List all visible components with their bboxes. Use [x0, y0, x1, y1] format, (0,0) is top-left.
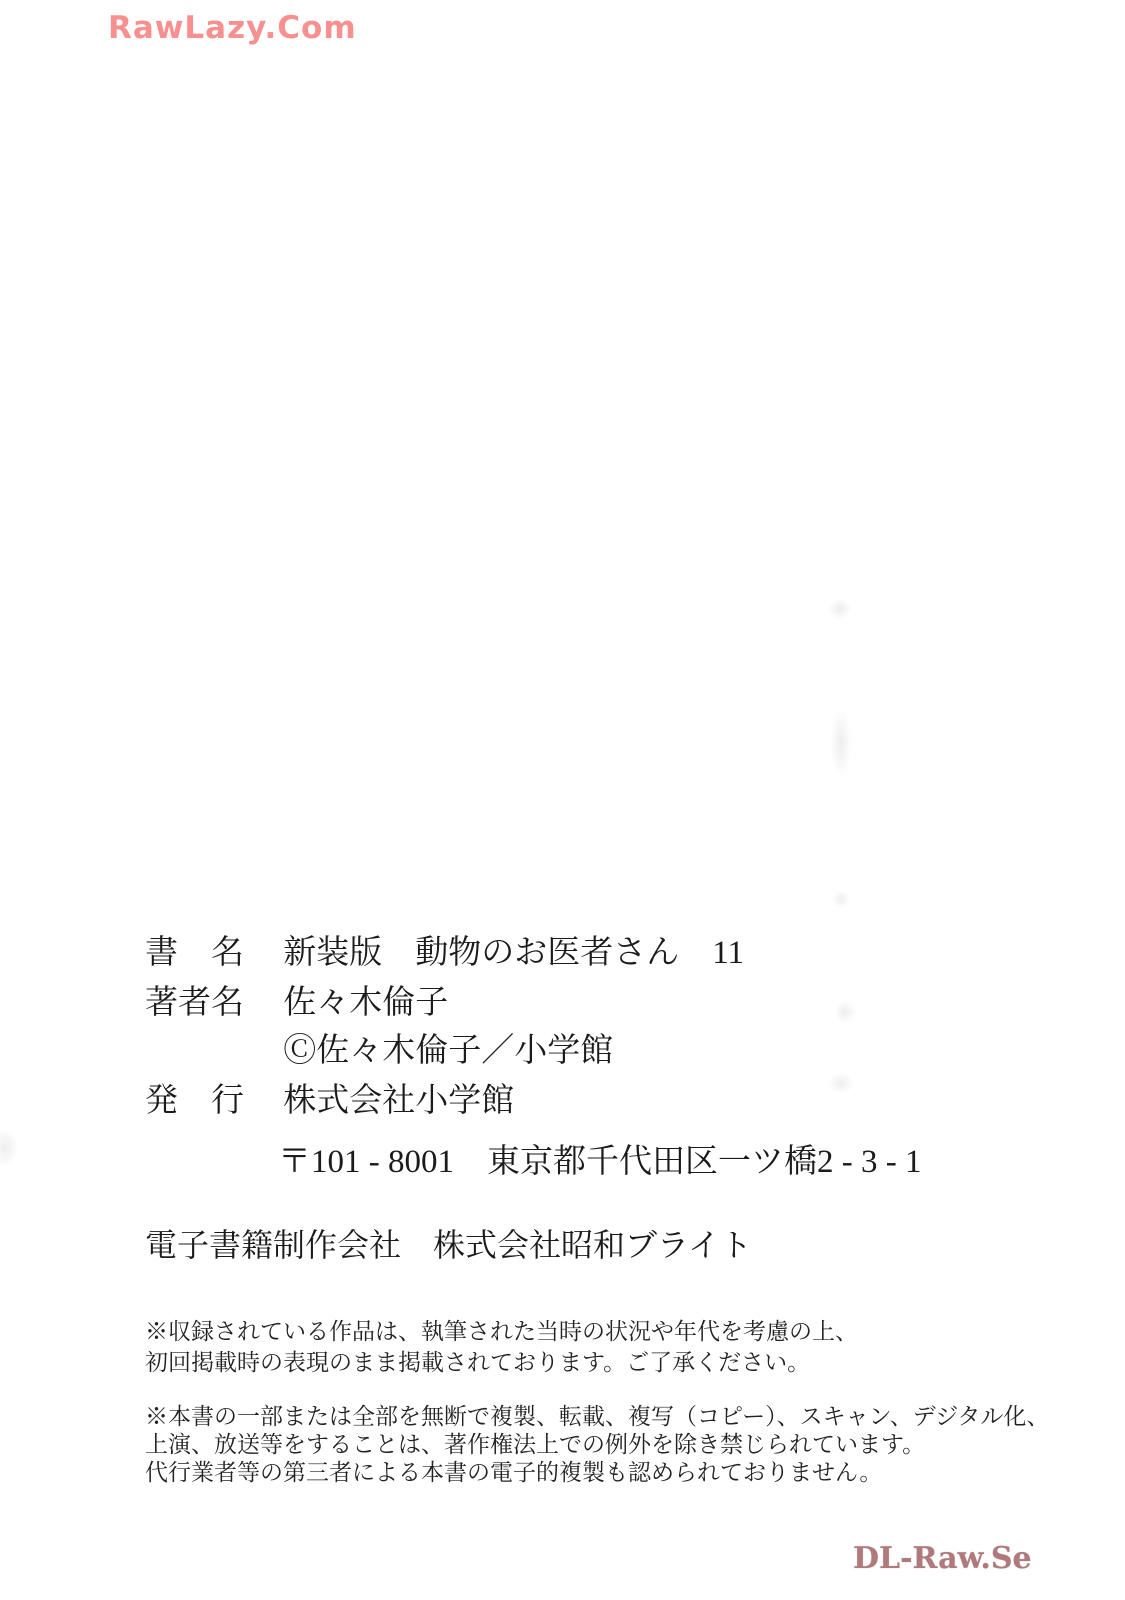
- notice-line: 初回掲載時の表現のまま掲載されております。ご了承ください。: [145, 1347, 858, 1378]
- ebook-producer-line: 電子書籍制作会社 株式会社昭和ブライト: [145, 1220, 752, 1266]
- watermark-dlraw: DL-Raw.Se: [853, 1541, 1032, 1576]
- row-value-author: 佐々木倫子: [283, 984, 448, 1024]
- colophon-row-title: 書 名 新装版 動物のお医者さん 11: [145, 934, 744, 974]
- scan-artifact: [834, 1000, 856, 1024]
- copyright-line: Ⓒ佐々木倫子／小学館: [283, 1032, 613, 1072]
- scan-artifact: [828, 598, 852, 620]
- colophon-row-author: 著者名 佐々木倫子: [145, 984, 448, 1024]
- row-label-author: 著者名: [145, 984, 243, 1024]
- row-label-title: 書 名: [145, 934, 243, 974]
- notice-line: 代行業者等の第三者による本書の電子的複製も認められておりません。: [145, 1459, 1049, 1487]
- notice-paragraph-content: ※収録されている作品は、執筆された当時の状況や年代を考慮の上、 初回掲載時の表現…: [145, 1316, 858, 1378]
- notice-line: 上演、放送等をすることは、著作権法上での例外を除き禁じられています。: [145, 1431, 1049, 1459]
- scan-artifact: [830, 708, 852, 778]
- notice-paragraph-copyright-law: ※本書の一部または全部を無断で複製、転載、複写（コピー）、スキャン、デジタル化、…: [145, 1403, 1049, 1487]
- row-label-publisher: 発 行: [145, 1082, 243, 1122]
- notice-line: ※収録されている作品は、執筆された当時の状況や年代を考慮の上、: [145, 1316, 858, 1347]
- notice-line: ※本書の一部または全部を無断で複製、転載、複写（コピー）、スキャン、デジタル化、: [145, 1403, 1049, 1431]
- publisher-address: 〒101 - 8001 東京都千代田区一ツ橋2 - 3 - 1: [278, 1135, 921, 1182]
- scan-artifact: [832, 890, 850, 908]
- scan-artifact: [0, 1128, 18, 1168]
- colophon-row-publisher: 発 行 株式会社小学館: [145, 1082, 514, 1122]
- colophon-row-copyright: Ⓒ佐々木倫子／小学館: [145, 1032, 613, 1072]
- watermark-rawlazy: RawLazy.Com: [108, 10, 357, 46]
- colophon-page: RawLazy.Com 書 名 新装版 動物のお医者さん 11 著者名 佐々木倫…: [0, 0, 1125, 1600]
- scan-artifact: [828, 1072, 854, 1094]
- row-value-publisher: 株式会社小学館: [283, 1082, 514, 1122]
- row-value-title: 新装版 動物のお医者さん 11: [283, 934, 744, 974]
